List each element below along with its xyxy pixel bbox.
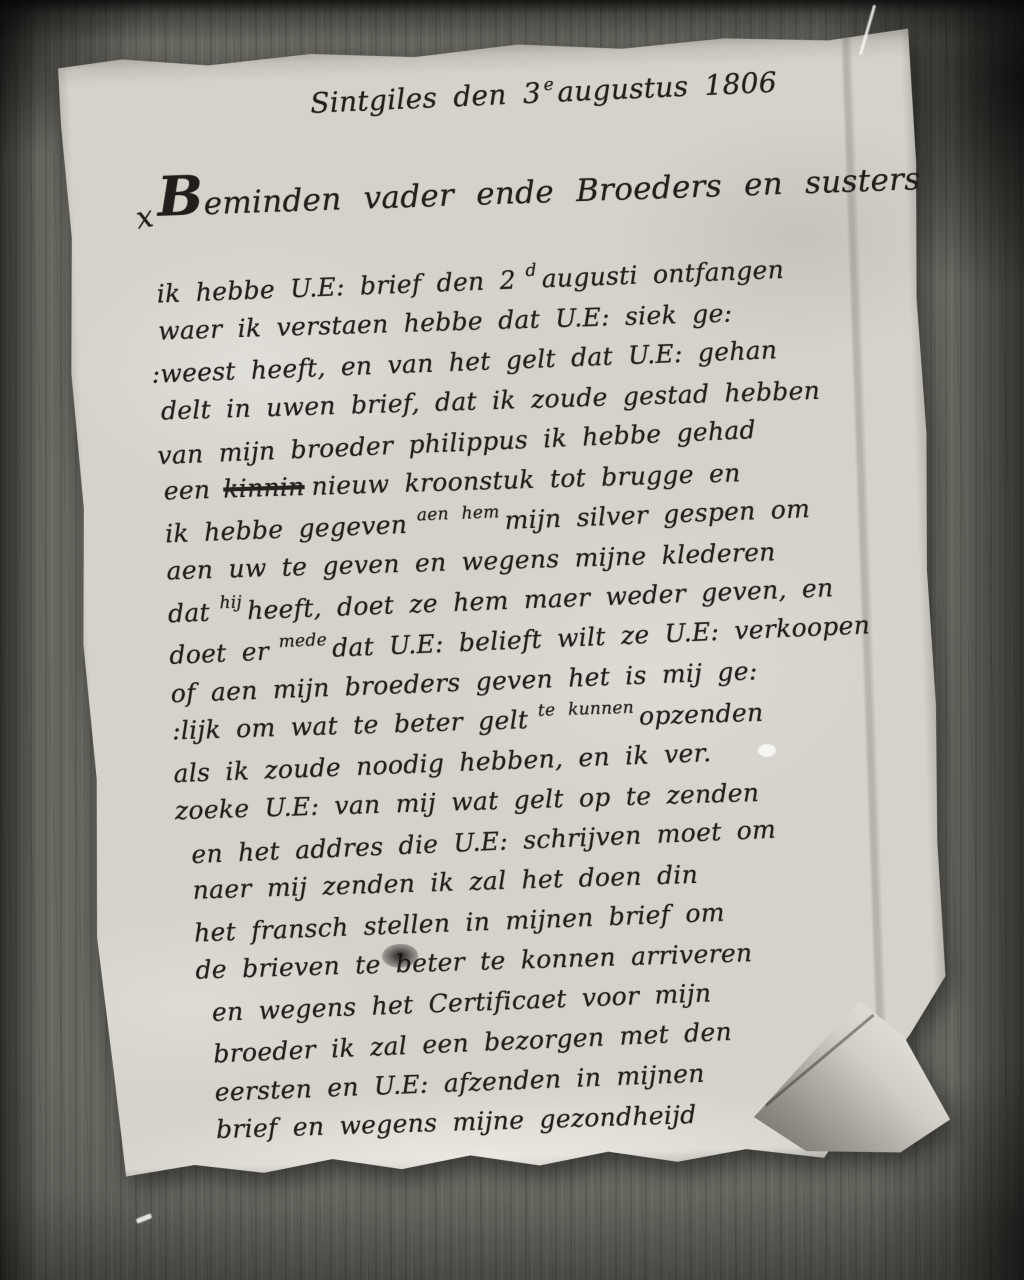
inserted-word: mede [278, 630, 327, 652]
line-text: doet er [169, 637, 270, 670]
line-text: opzenden [639, 698, 764, 731]
struck-word: kinnin [223, 472, 305, 504]
inserted-word: hij [219, 592, 242, 613]
letter-sheet: Sintgiles den 3eaugustus 1806 x Beminden… [53, 27, 954, 1186]
photograph: Sintgiles den 3eaugustus 1806 x Beminden… [0, 0, 1024, 1280]
letter-body: ik hebbe U.E: brief den 2daugusti ontfan… [156, 252, 926, 1157]
line-text: dat [167, 598, 210, 629]
line-text: ik hebbe gegeven [165, 510, 408, 548]
superscript-ordinal: e [543, 75, 554, 95]
superscript-ordinal: d [525, 261, 537, 281]
inserted-word: te kunnen [538, 698, 635, 721]
inserted-word: aen hem [416, 502, 500, 525]
line-text: een [163, 475, 210, 505]
scratch-mark [758, 744, 776, 757]
